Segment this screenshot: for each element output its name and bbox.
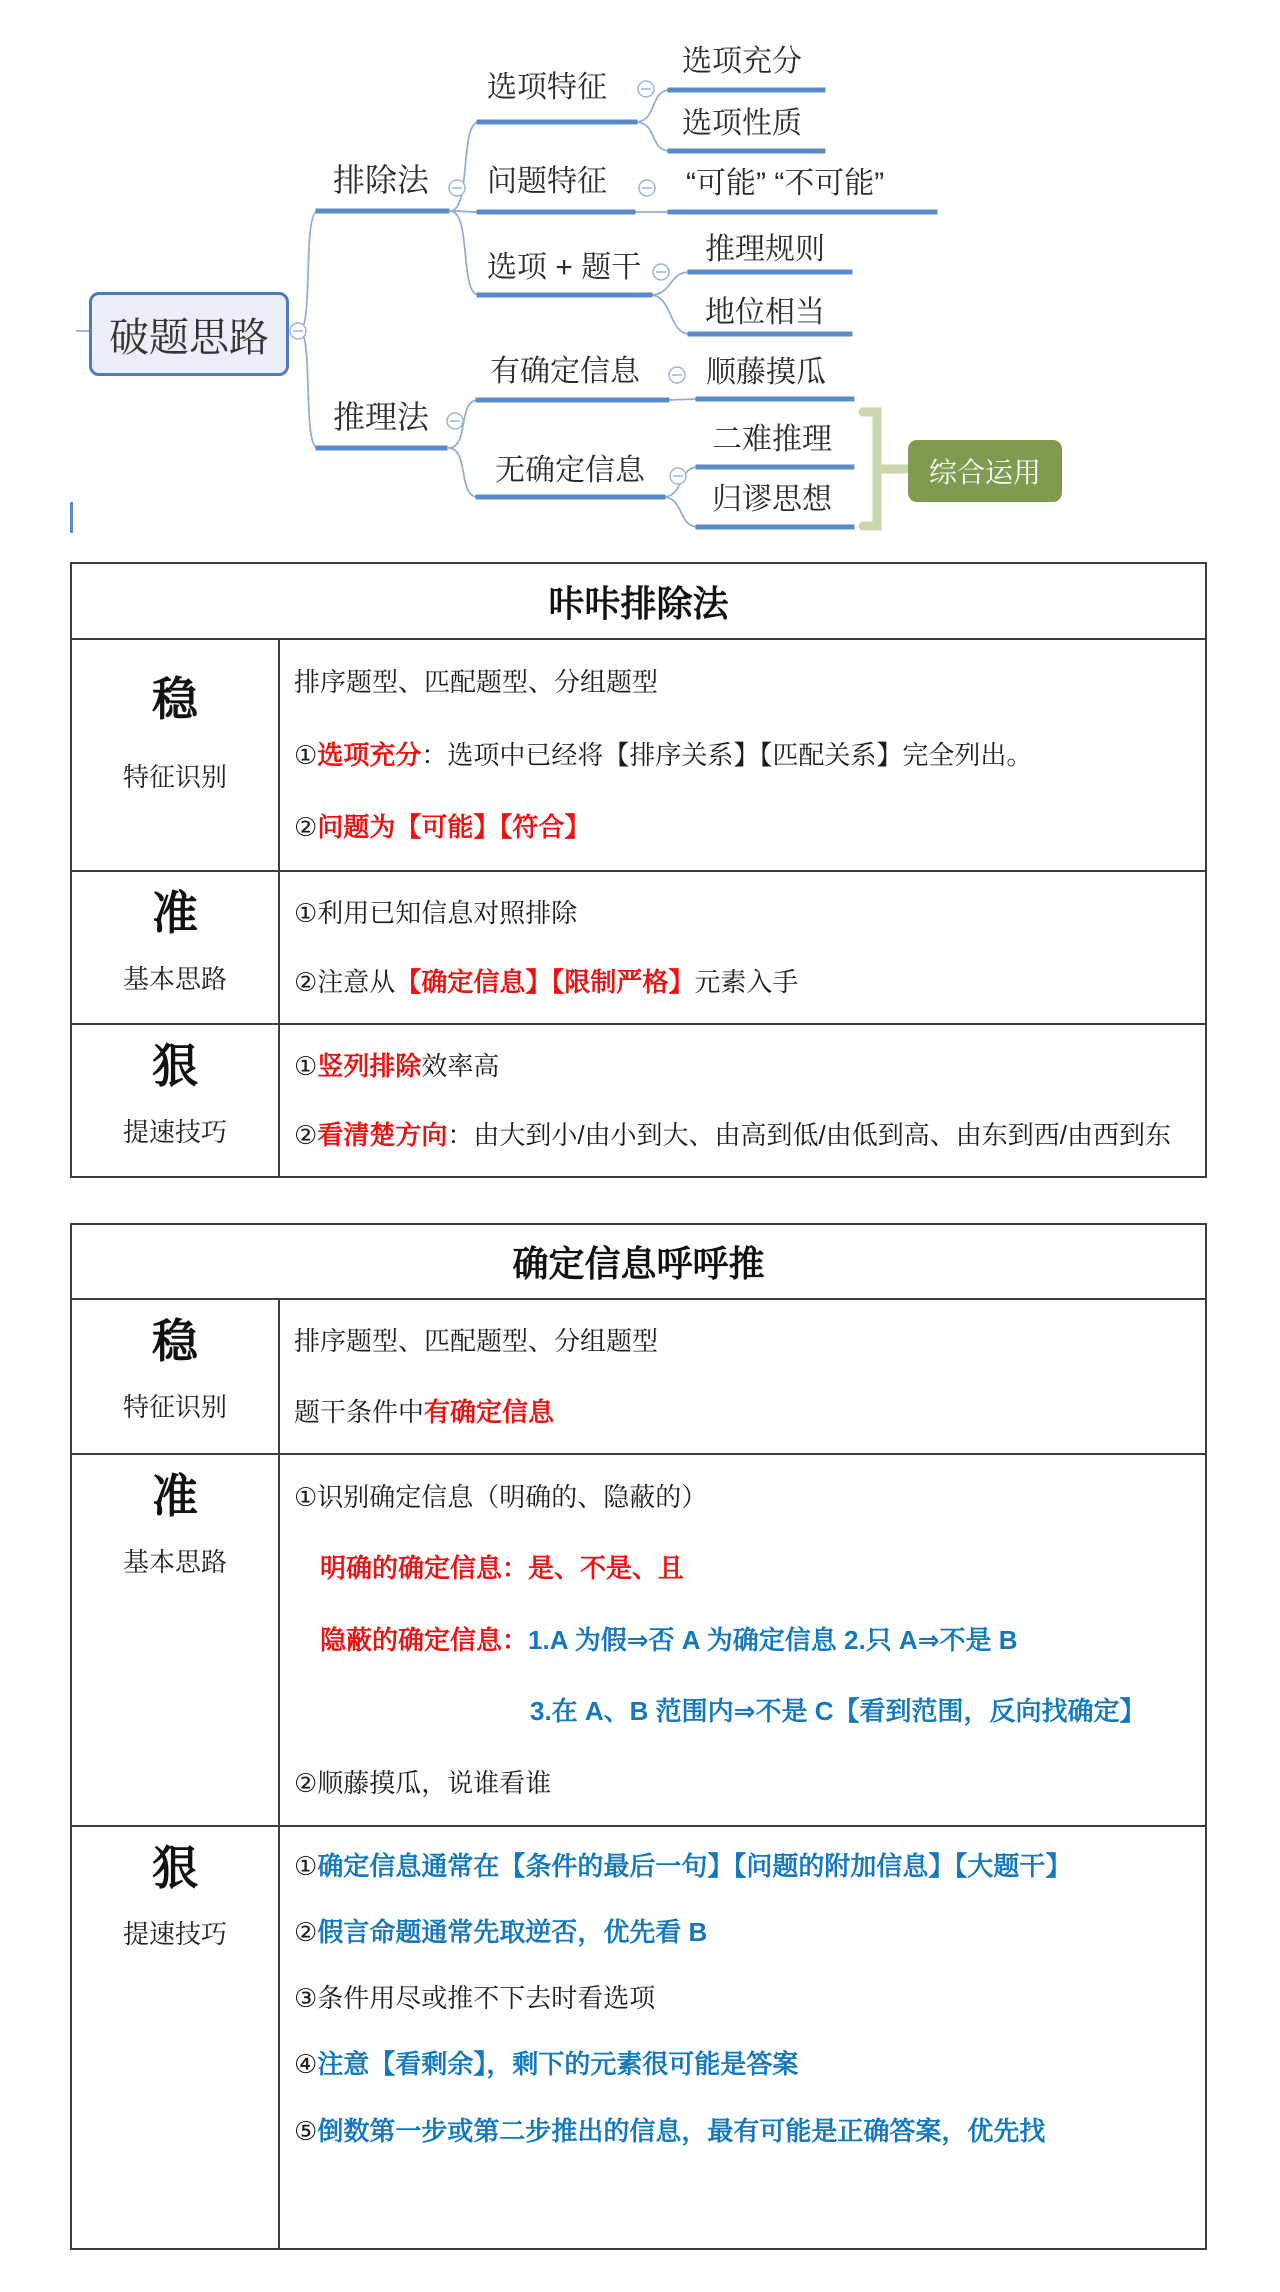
- content-line: ①选项充分：选项中已经将【排序关系】【匹配关系】完全列出。: [294, 739, 1197, 772]
- content-line: ①利用已知信息对照排除: [294, 897, 1197, 930]
- page: 破题思路 排除法 推理法 选项特征 问题特征 选项 + 题干 有确定信息 无确定…: [0, 0, 1280, 2292]
- row-content-cell: 排序题型、匹配题型、分组题型 题干条件中有确定信息: [280, 1300, 1205, 1453]
- row-label-cell: 稳 特征识别: [72, 1300, 280, 1453]
- content-line: ④注意【看剩余】，剩下的元素很可能是答案: [294, 2048, 1197, 2081]
- mindmap-node-shunteng-mogua[interactable]: 顺藤摸瓜: [706, 357, 826, 389]
- collapse-icon[interactable]: [638, 81, 654, 97]
- row-sublabel: 基本思路: [123, 959, 227, 996]
- row-sublabel: 特征识别: [123, 1387, 227, 1424]
- row-content-cell: 排序题型、匹配题型、分组题型 ①选项充分：选项中已经将【排序关系】【匹配关系】完…: [280, 640, 1205, 870]
- content-line: ①竖列排除效率高: [294, 1050, 1197, 1083]
- content-line: ②注意从【确定信息】【限制严格】元素入手: [294, 966, 1197, 999]
- mindmap-node-guimiu-sixiang[interactable]: 归谬思想: [712, 484, 832, 516]
- content-line: 题干条件中有确定信息: [294, 1396, 1197, 1429]
- content-line: ①识别确定信息（明确的、隐蔽的）: [294, 1481, 1197, 1514]
- row-sublabel: 提速技巧: [123, 1112, 227, 1149]
- table-row: 稳 特征识别 排序题型、匹配题型、分组题型 题干条件中有确定信息: [72, 1300, 1205, 1455]
- row-sublabel: 特征识别: [123, 757, 227, 794]
- row-key: 狠: [152, 1039, 198, 1094]
- mindmap-node-xuanxiang-xingzhi[interactable]: 选项性质: [682, 108, 802, 140]
- row-key: 稳: [152, 1314, 198, 1369]
- table-row: 稳 特征识别 排序题型、匹配题型、分组题型 ①选项充分：选项中已经将【排序关系】…: [72, 640, 1205, 872]
- row-key: 准: [152, 886, 198, 941]
- table-row: 准 基本思路 ①识别确定信息（明确的、隐蔽的） 明确的确定信息：是、不是、且 隐…: [72, 1455, 1205, 1827]
- table-row: 狠 提速技巧 ①确定信息通常在【条件的最后一句】【问题的附加信息】【大题干】 ②…: [72, 1827, 1205, 2248]
- row-label-cell: 狠 提速技巧: [72, 1827, 280, 2248]
- table-row: 准 基本思路 ①利用已知信息对照排除 ②注意从【确定信息】【限制严格】元素入手: [72, 872, 1205, 1025]
- group-bracket: [863, 412, 906, 526]
- content-line: ③条件用尽或推不下去时看选项: [294, 1982, 1197, 2015]
- row-content-cell: ①利用已知信息对照排除 ②注意从【确定信息】【限制严格】元素入手: [280, 872, 1205, 1023]
- table-title: 确定信息呼呼推: [72, 1225, 1205, 1300]
- content-line: 3.在 A、B 范围内⇒不是 C【看到范围，反向找确定】: [530, 1695, 1197, 1728]
- mindmap-node-paichufa[interactable]: 排除法: [333, 164, 429, 198]
- content-line: ②看清楚方向：由大到小/由小到大、由高到低/由低到高、由东到西/由西到东: [294, 1119, 1197, 1152]
- mindmap-node-tuili-guize[interactable]: 推理规则: [705, 234, 825, 266]
- content-line: ⑤倒数第一步或第二步推出的信息，最有可能是正确答案，优先找: [294, 2115, 1197, 2148]
- cursor-mark: [70, 502, 73, 533]
- table-row: 狠 提速技巧 ①竖列排除效率高 ②看清楚方向：由大到小/由小到大、由高到低/由低…: [72, 1025, 1205, 1176]
- mindmap-node-tuilifa[interactable]: 推理法: [333, 401, 429, 435]
- row-key: 稳: [152, 672, 198, 727]
- content-line: ①确定信息通常在【条件的最后一句】【问题的附加信息】【大题干】: [294, 1850, 1197, 1883]
- content-line: ②假言命题通常先取逆否，优先看 B: [294, 1916, 1197, 1949]
- row-key: 准: [152, 1469, 198, 1524]
- mindmap-node-xuanxiang-chongfen[interactable]: 选项充分: [682, 46, 802, 78]
- mindmap-node-diwei-xiangdang[interactable]: 地位相当: [705, 297, 825, 329]
- collapse-icon[interactable]: [447, 413, 463, 429]
- row-sublabel: 基本思路: [123, 1542, 227, 1579]
- table-paichufa: 咔咔排除法 稳 特征识别 排序题型、匹配题型、分组题型 ①选项充分：选项中已经将…: [70, 562, 1207, 1178]
- content-line: 排序题型、匹配题型、分组题型: [294, 1325, 1197, 1358]
- mindmap-node-ernan-tuili[interactable]: 二难推理: [712, 424, 832, 456]
- collapse-icon[interactable]: [670, 468, 686, 484]
- mindmap-node-keneng-bukeneng[interactable]: “可能” “不可能”: [686, 168, 884, 200]
- mindmap-node-xuanxiang-tezheng[interactable]: 选项特征: [487, 72, 607, 104]
- mindmap-node-you-queding-xinxi[interactable]: 有确定信息: [490, 356, 640, 388]
- row-content-cell: ①识别确定信息（明确的、隐蔽的） 明确的确定信息：是、不是、且 隐蔽的确定信息：…: [280, 1455, 1205, 1825]
- table-title: 咔咔排除法: [72, 564, 1205, 640]
- row-content-cell: ①竖列排除效率高 ②看清楚方向：由大到小/由小到大、由高到低/由低到高、由东到西…: [280, 1025, 1205, 1176]
- mindmap-node-wenti-tezheng[interactable]: 问题特征: [487, 166, 607, 198]
- collapse-icon[interactable]: [639, 180, 655, 196]
- content-line: 明确的确定信息：是、不是、且: [320, 1552, 1197, 1585]
- row-label-cell: 准 基本思路: [72, 1455, 280, 1825]
- row-sublabel: 提速技巧: [123, 1914, 227, 1951]
- collapse-icon[interactable]: [653, 264, 669, 280]
- row-label-cell: 准 基本思路: [72, 872, 280, 1023]
- row-label-cell: 稳 特征识别: [72, 640, 280, 870]
- content-line: 排序题型、匹配题型、分组题型: [294, 666, 1197, 699]
- mindmap-node-zonghe-yunyong[interactable]: 综合运用: [908, 440, 1062, 502]
- mindmap-node-xuanxiang-tigan[interactable]: 选项 + 题干: [487, 252, 641, 284]
- row-key: 狠: [152, 1841, 198, 1896]
- mindmap-root-node[interactable]: 破题思路: [89, 292, 289, 376]
- content-line: 隐蔽的确定信息：1.A 为假⇒否 A 为确定信息 2.只 A⇒不是 B: [320, 1624, 1197, 1657]
- collapse-icon[interactable]: [669, 367, 685, 383]
- collapse-icon[interactable]: [290, 323, 306, 339]
- content-line: ②问题为【可能】【符合】: [294, 811, 1197, 844]
- table-quedingxinxi: 确定信息呼呼推 稳 特征识别 排序题型、匹配题型、分组题型 题干条件中有确定信息…: [70, 1223, 1207, 2250]
- content-line: ②顺藤摸瓜，说谁看谁: [294, 1767, 1197, 1800]
- mindmap-node-wu-queding-xinxi[interactable]: 无确定信息: [495, 455, 645, 487]
- row-label-cell: 狠 提速技巧: [72, 1025, 280, 1176]
- collapse-icon[interactable]: [449, 180, 465, 196]
- row-content-cell: ①确定信息通常在【条件的最后一句】【问题的附加信息】【大题干】 ②假言命题通常先…: [280, 1827, 1205, 2248]
